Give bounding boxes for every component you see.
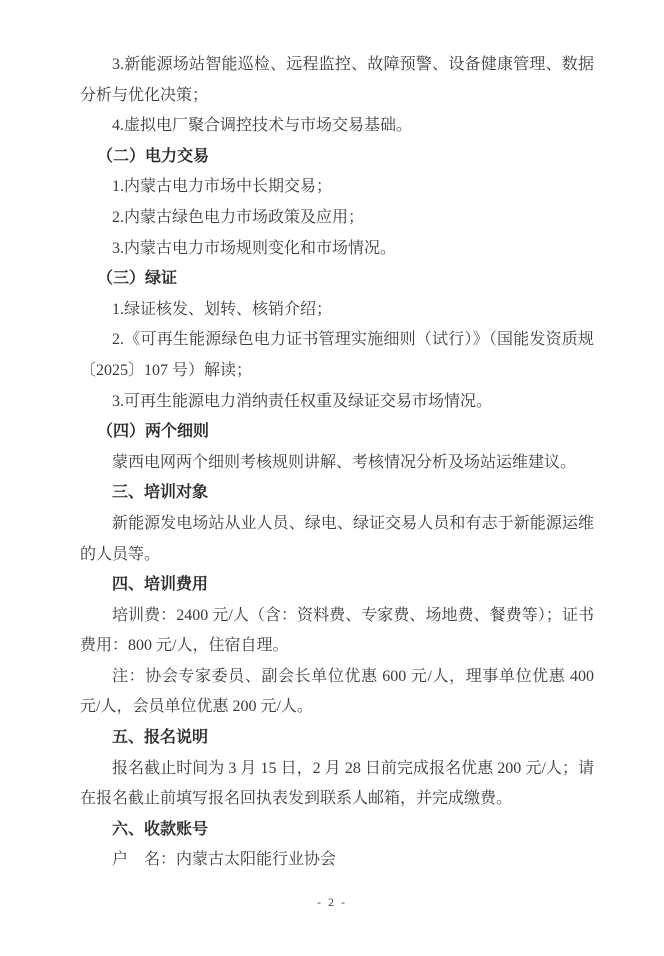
section-heading: 五、报名说明 <box>80 723 594 754</box>
section-heading: 四、培训费用 <box>80 570 594 601</box>
document-page: 3.新能源场站智能巡检、远程监控、故障预警、设备健康管理、数据分析与优化决策； … <box>0 0 664 956</box>
section-heading: （二）电力交易 <box>80 142 594 173</box>
paragraph: 2.《可再生能源绿色电力证书管理实施细则（试行）》（国能发资质规〔2025〕10… <box>80 325 594 386</box>
paragraph: 注：协会专家委员、副会长单位优惠 600 元/人，理事单位优惠 400 元/人，… <box>80 662 594 723</box>
paragraph: 1.绿证核发、划转、核销介绍； <box>80 295 594 326</box>
section-heading: 三、培训对象 <box>80 478 594 509</box>
paragraph: 3.内蒙古电力市场规则变化和市场情况。 <box>80 234 594 265</box>
section-heading: 六、收款账号 <box>80 815 594 846</box>
section-heading: （三）绿证 <box>80 264 594 295</box>
page-number: - 2 - <box>317 895 347 909</box>
paragraph: 户 名：内蒙古太阳能行业协会 <box>80 845 594 876</box>
paragraph: 报名截止时间为 3 月 15 日，2 月 28 日前完成报名优惠 200 元/人… <box>80 754 594 815</box>
paragraph: 2.内蒙古绿色电力市场政策及应用； <box>80 203 594 234</box>
paragraph: 新能源发电场站从业人员、绿电、绿证交易人员和有志于新能源运维的人员等。 <box>80 509 594 570</box>
paragraph: 3.新能源场站智能巡检、远程监控、故障预警、设备健康管理、数据分析与优化决策； <box>80 50 594 111</box>
section-heading: （四）两个细则 <box>80 417 594 448</box>
paragraph: 蒙西电网两个细则考核规则讲解、考核情况分析及场站运维建议。 <box>80 448 594 479</box>
document-body: 3.新能源场站智能巡检、远程监控、故障预警、设备健康管理、数据分析与优化决策； … <box>80 50 594 876</box>
page-footer: - 2 - <box>0 895 664 910</box>
paragraph: 3.可再生能源电力消纳责任权重及绿证交易市场情况。 <box>80 387 594 418</box>
paragraph: 1.内蒙古电力市场中长期交易； <box>80 172 594 203</box>
paragraph: 培训费：2400 元/人（含：资料费、专家费、场地费、餐费等）；证书费用：800… <box>80 601 594 662</box>
paragraph: 4.虚拟电厂聚合调控技术与市场交易基础。 <box>80 111 594 142</box>
